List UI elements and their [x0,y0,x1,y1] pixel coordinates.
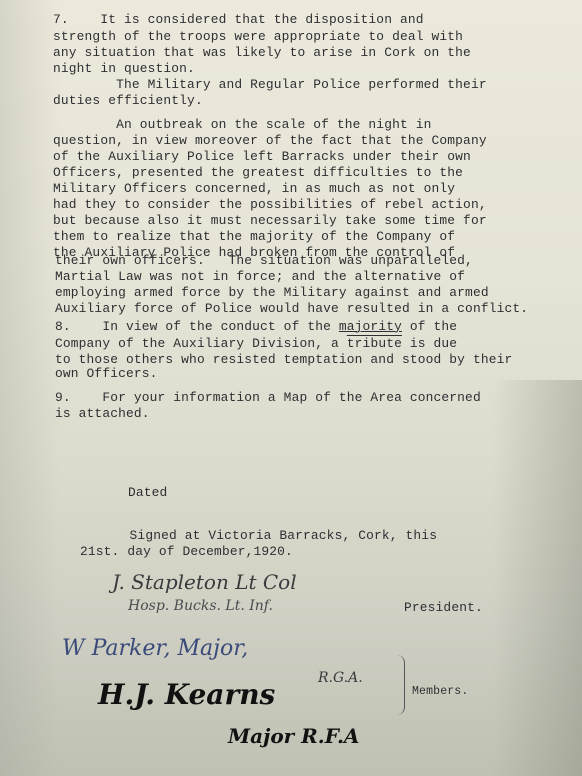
text-line: Auxiliary force of Police would have res… [55,301,528,316]
text-segment: of the [402,319,457,334]
text-line: An outbreak on the scale of the night in [53,117,432,132]
signature-member-2: H.J. Kearns [98,678,275,711]
text-line: but because also it must necessarily tak… [53,213,487,228]
text-line: own Officers. [55,366,158,381]
text-line: their own officers. The situation was un… [55,253,473,268]
text-line: duties efficiently. [53,93,203,108]
text-segment: 8. In view of the conduct of the [55,319,339,334]
members-label: Members. [412,684,468,699]
text-line: had they to consider the possibilities o… [53,197,487,212]
text-segment: is due [402,336,457,351]
text-line: is attached. [55,406,150,421]
dated-label: Dated [128,485,167,500]
text-line: night in question. [53,61,195,76]
paper-shadow-left [0,0,60,776]
signature-member-2-unit: Major R.F.A [228,724,359,748]
text-line: Company of the Auxiliary Division, a tri… [55,336,457,351]
text-line: strength of the troops were appropriate … [53,29,463,44]
underlined-word: majority [339,319,402,334]
members-brace [396,655,405,715]
president-label: President. [404,600,483,615]
signature-president-unit: Hosp. Bucks. Lt. Inf. [128,598,273,614]
text-line: employing armed force by the Military ag… [55,285,489,300]
text-segment: Company of the Auxiliary Division, a [55,336,347,351]
text-line: to those others who resisted temptation … [55,352,512,367]
text-line: them to realize that the majority of the… [53,229,455,244]
text-line: Martial Law was not in force; and the al… [55,269,465,284]
overlined-word: tribute [347,336,402,351]
text-line: Signed at Victoria Barracks, Cork, this [98,528,437,543]
text-line: 9. For your information a Map of the Are… [55,390,481,405]
text-line: 8. In view of the conduct of the majorit… [55,319,457,334]
text-line: Officers, presented the greatest difficu… [53,165,463,180]
text-line: question, in view moreover of the fact t… [53,133,487,148]
signature-president: J. Stapleton Lt Col [112,570,297,594]
text-line: any situation that was likely to arise i… [53,45,471,60]
text-line: of the Auxiliary Police left Barracks un… [53,149,471,164]
signature-member-1-unit: R.G.A. [318,670,363,686]
text-line: Military Officers concerned, in as much … [53,181,455,196]
text-line: 7. It is considered that the disposition… [53,12,424,27]
text-line: The Military and Regular Police performe… [53,77,487,92]
signature-member-1: W Parker, Major, [62,636,248,661]
paper-shadow-right [492,380,582,776]
text-line: 21st. day of December,1920. [80,544,293,559]
